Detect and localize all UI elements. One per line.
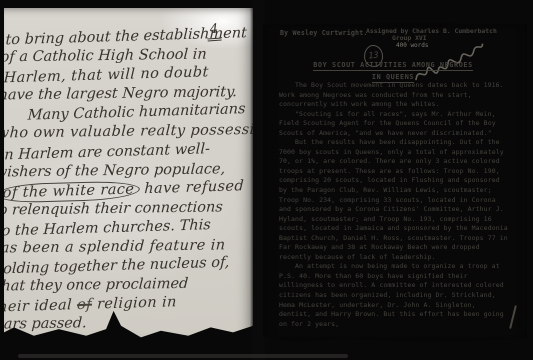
left-page: 4 to bring about the establishment of a … bbox=[4, 8, 253, 339]
typed-paragraph: "Scouting is for all races", says Mr. Ar… bbox=[279, 110, 508, 139]
handwriting-line: years passed. bbox=[0, 313, 241, 336]
byline: By Wesley Curtwright. bbox=[280, 29, 368, 37]
handwriting-fragment: have refused bbox=[144, 178, 244, 197]
right-page: By Wesley Curtwright. Assigned by Charle… bbox=[263, 23, 527, 342]
document-title: BOY SCOUT ACTIVITIES AMONG NEGROES IN QU… bbox=[279, 59, 507, 83]
typed-body: The Boy Scout movement in Queens dates b… bbox=[279, 81, 508, 329]
assigned-by: Assigned by Charles B. Cumberbatch bbox=[366, 28, 506, 35]
crossed-out-word: of bbox=[77, 297, 93, 313]
typed-paragraph: But the results have been disappointing.… bbox=[279, 138, 508, 262]
handwriting-fragment: religion in bbox=[97, 294, 177, 312]
handwritten-text: to bring about the establishment of a Ca… bbox=[0, 25, 256, 336]
ink-mark bbox=[510, 305, 517, 329]
title-line1: BOY SCOUT ACTIVITIES AMONG NEGROES bbox=[313, 61, 473, 71]
handwriting-fragment: their ideal bbox=[0, 298, 72, 316]
typed-paragraph: The Boy Scout movement in Queens dates b… bbox=[279, 81, 508, 110]
scan-bottom-band bbox=[18, 354, 348, 358]
group-label: Group XVI bbox=[366, 35, 506, 42]
typed-paragraph: An attempt is now being made to organize… bbox=[279, 262, 508, 329]
